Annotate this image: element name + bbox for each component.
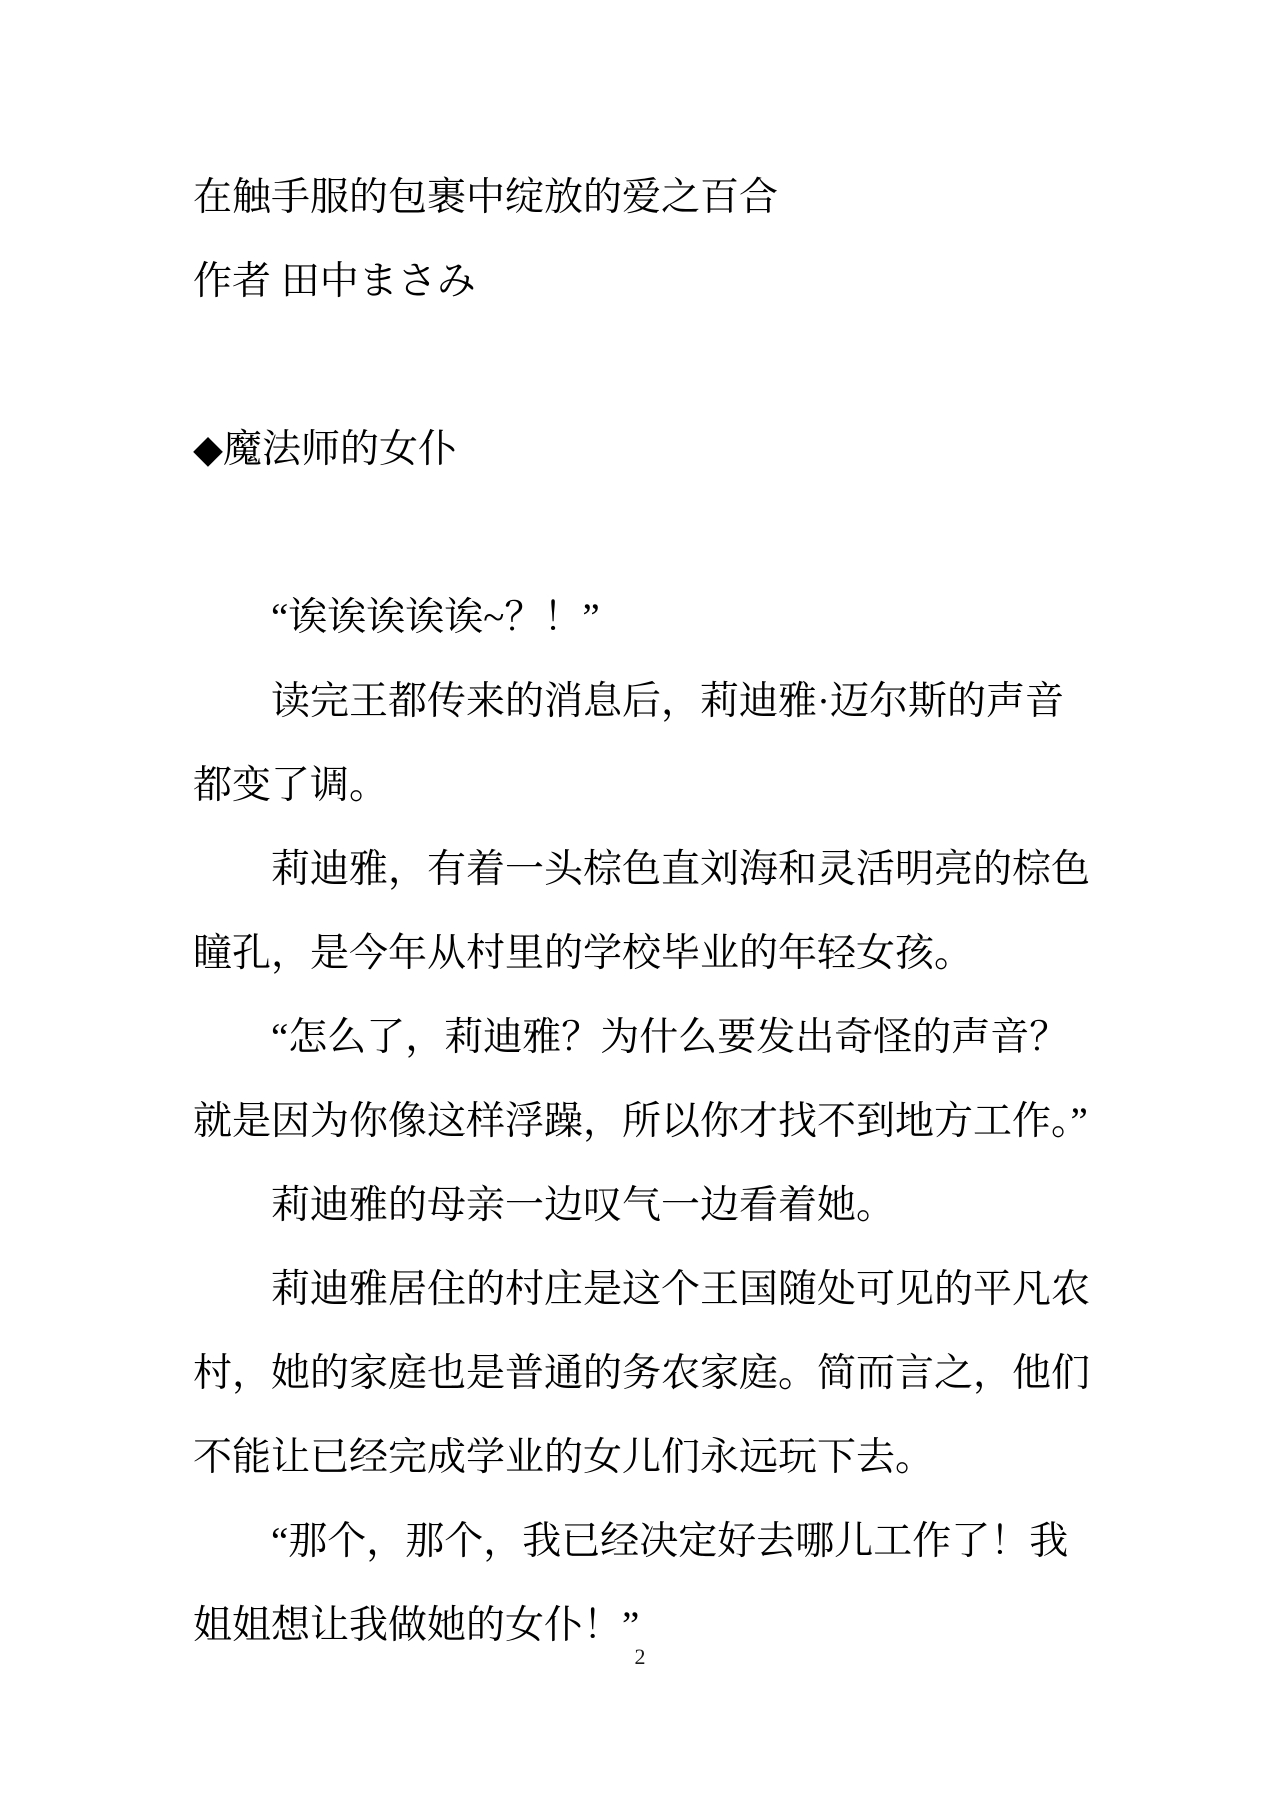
doc-title: 在触手服的包裹中绽放的爱之百合 — [193, 156, 1090, 240]
body-line: “那个，那个，我已经决定好去哪儿工作了！我 — [193, 1500, 1090, 1584]
body-line: 读完王都传来的消息后，莉迪雅·迈尔斯的声音 — [193, 660, 1090, 744]
empty-line — [193, 324, 1090, 408]
body-line: 都变了调。 — [193, 744, 1090, 828]
section-heading: ◆魔法师的女仆 — [193, 408, 1090, 492]
body-line: 莉迪雅居住的村庄是这个王国随处可见的平凡农 — [193, 1248, 1090, 1332]
document-page: 在触手服的包裹中绽放的爱之百合 作者 田中まさみ ◆魔法师的女仆 “诶诶诶诶诶~… — [0, 0, 1280, 1810]
body-line: 不能让已经完成学业的女儿们永远玩下去。 — [193, 1416, 1090, 1500]
body-line: 莉迪雅的母亲一边叹气一边看着她。 — [193, 1164, 1090, 1248]
body-line: “诶诶诶诶诶~？！” — [193, 576, 1090, 660]
body-line: 莉迪雅，有着一头棕色直刘海和灵活明亮的棕色 — [193, 828, 1090, 912]
body-line: “怎么了，莉迪雅？为什么要发出奇怪的声音？ — [193, 996, 1090, 1080]
body-line: 瞳孔，是今年从村里的学校毕业的年轻女孩。 — [193, 912, 1090, 996]
body-line: 就是因为你像这样浮躁，所以你才找不到地方工作。” — [193, 1080, 1090, 1164]
author-line: 作者 田中まさみ — [193, 240, 1090, 324]
document-body: 在触手服的包裹中绽放的爱之百合 作者 田中まさみ ◆魔法师的女仆 “诶诶诶诶诶~… — [193, 156, 1090, 1668]
page-number: 2 — [0, 1642, 1280, 1672]
empty-line — [193, 492, 1090, 576]
body-line: 村，她的家庭也是普通的务农家庭。简而言之，他们 — [193, 1332, 1090, 1416]
